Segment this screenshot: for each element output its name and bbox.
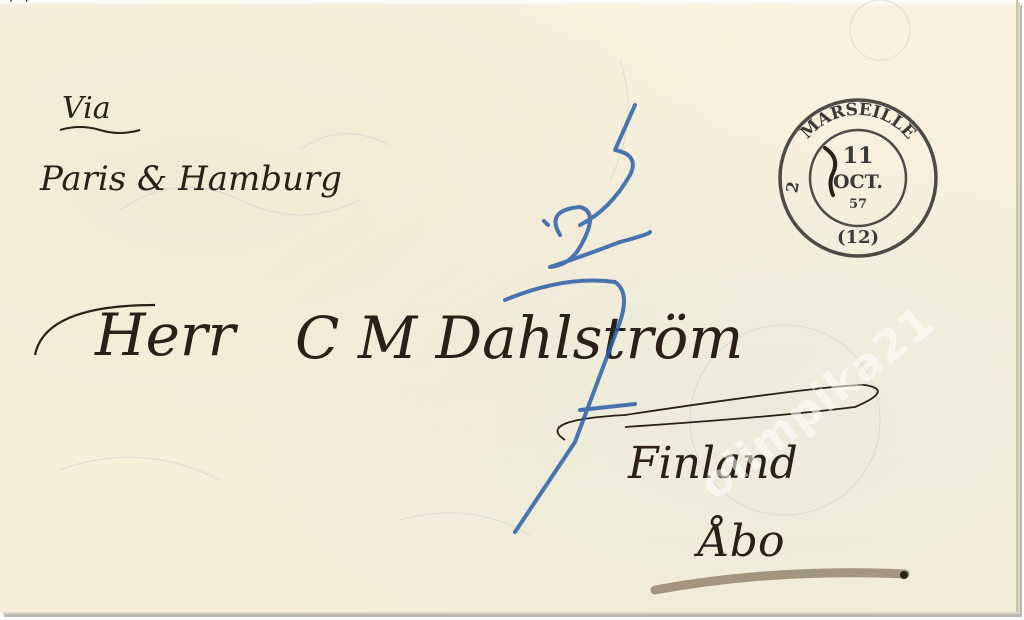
postmark-city: MARSEILLE (797, 100, 920, 143)
routing-underline (60, 127, 140, 133)
address-salutation: Herr (94, 301, 239, 369)
address-name: C M Dahlström (295, 304, 743, 372)
postmark-dept: (12) (837, 227, 879, 248)
underline-dot (900, 571, 908, 579)
postal-cover: Via Paris & Hamburg Herr C M Dahlström F… (0, 0, 1018, 612)
postmark-month: OCT. (833, 171, 883, 193)
routing-note: Via Paris & Hamburg (39, 91, 342, 199)
rate-marking-text: 3/2/7 (0, 0, 41, 4)
postmark-day: 11 (843, 143, 874, 169)
routing-path: Paris & Hamburg (39, 159, 342, 199)
cover-ink-layer: Via Paris & Hamburg Herr C M Dahlström F… (0, 0, 1016, 612)
address-city: Åbo (693, 514, 784, 567)
routing-via: Via (62, 91, 111, 126)
postmark: MARSEILLE (12) 11 OCT. 57 2 (780, 100, 936, 256)
postmark-year: 57 (849, 197, 867, 212)
postmark-side-digit: 2 (782, 180, 803, 194)
city-underline (655, 573, 905, 590)
